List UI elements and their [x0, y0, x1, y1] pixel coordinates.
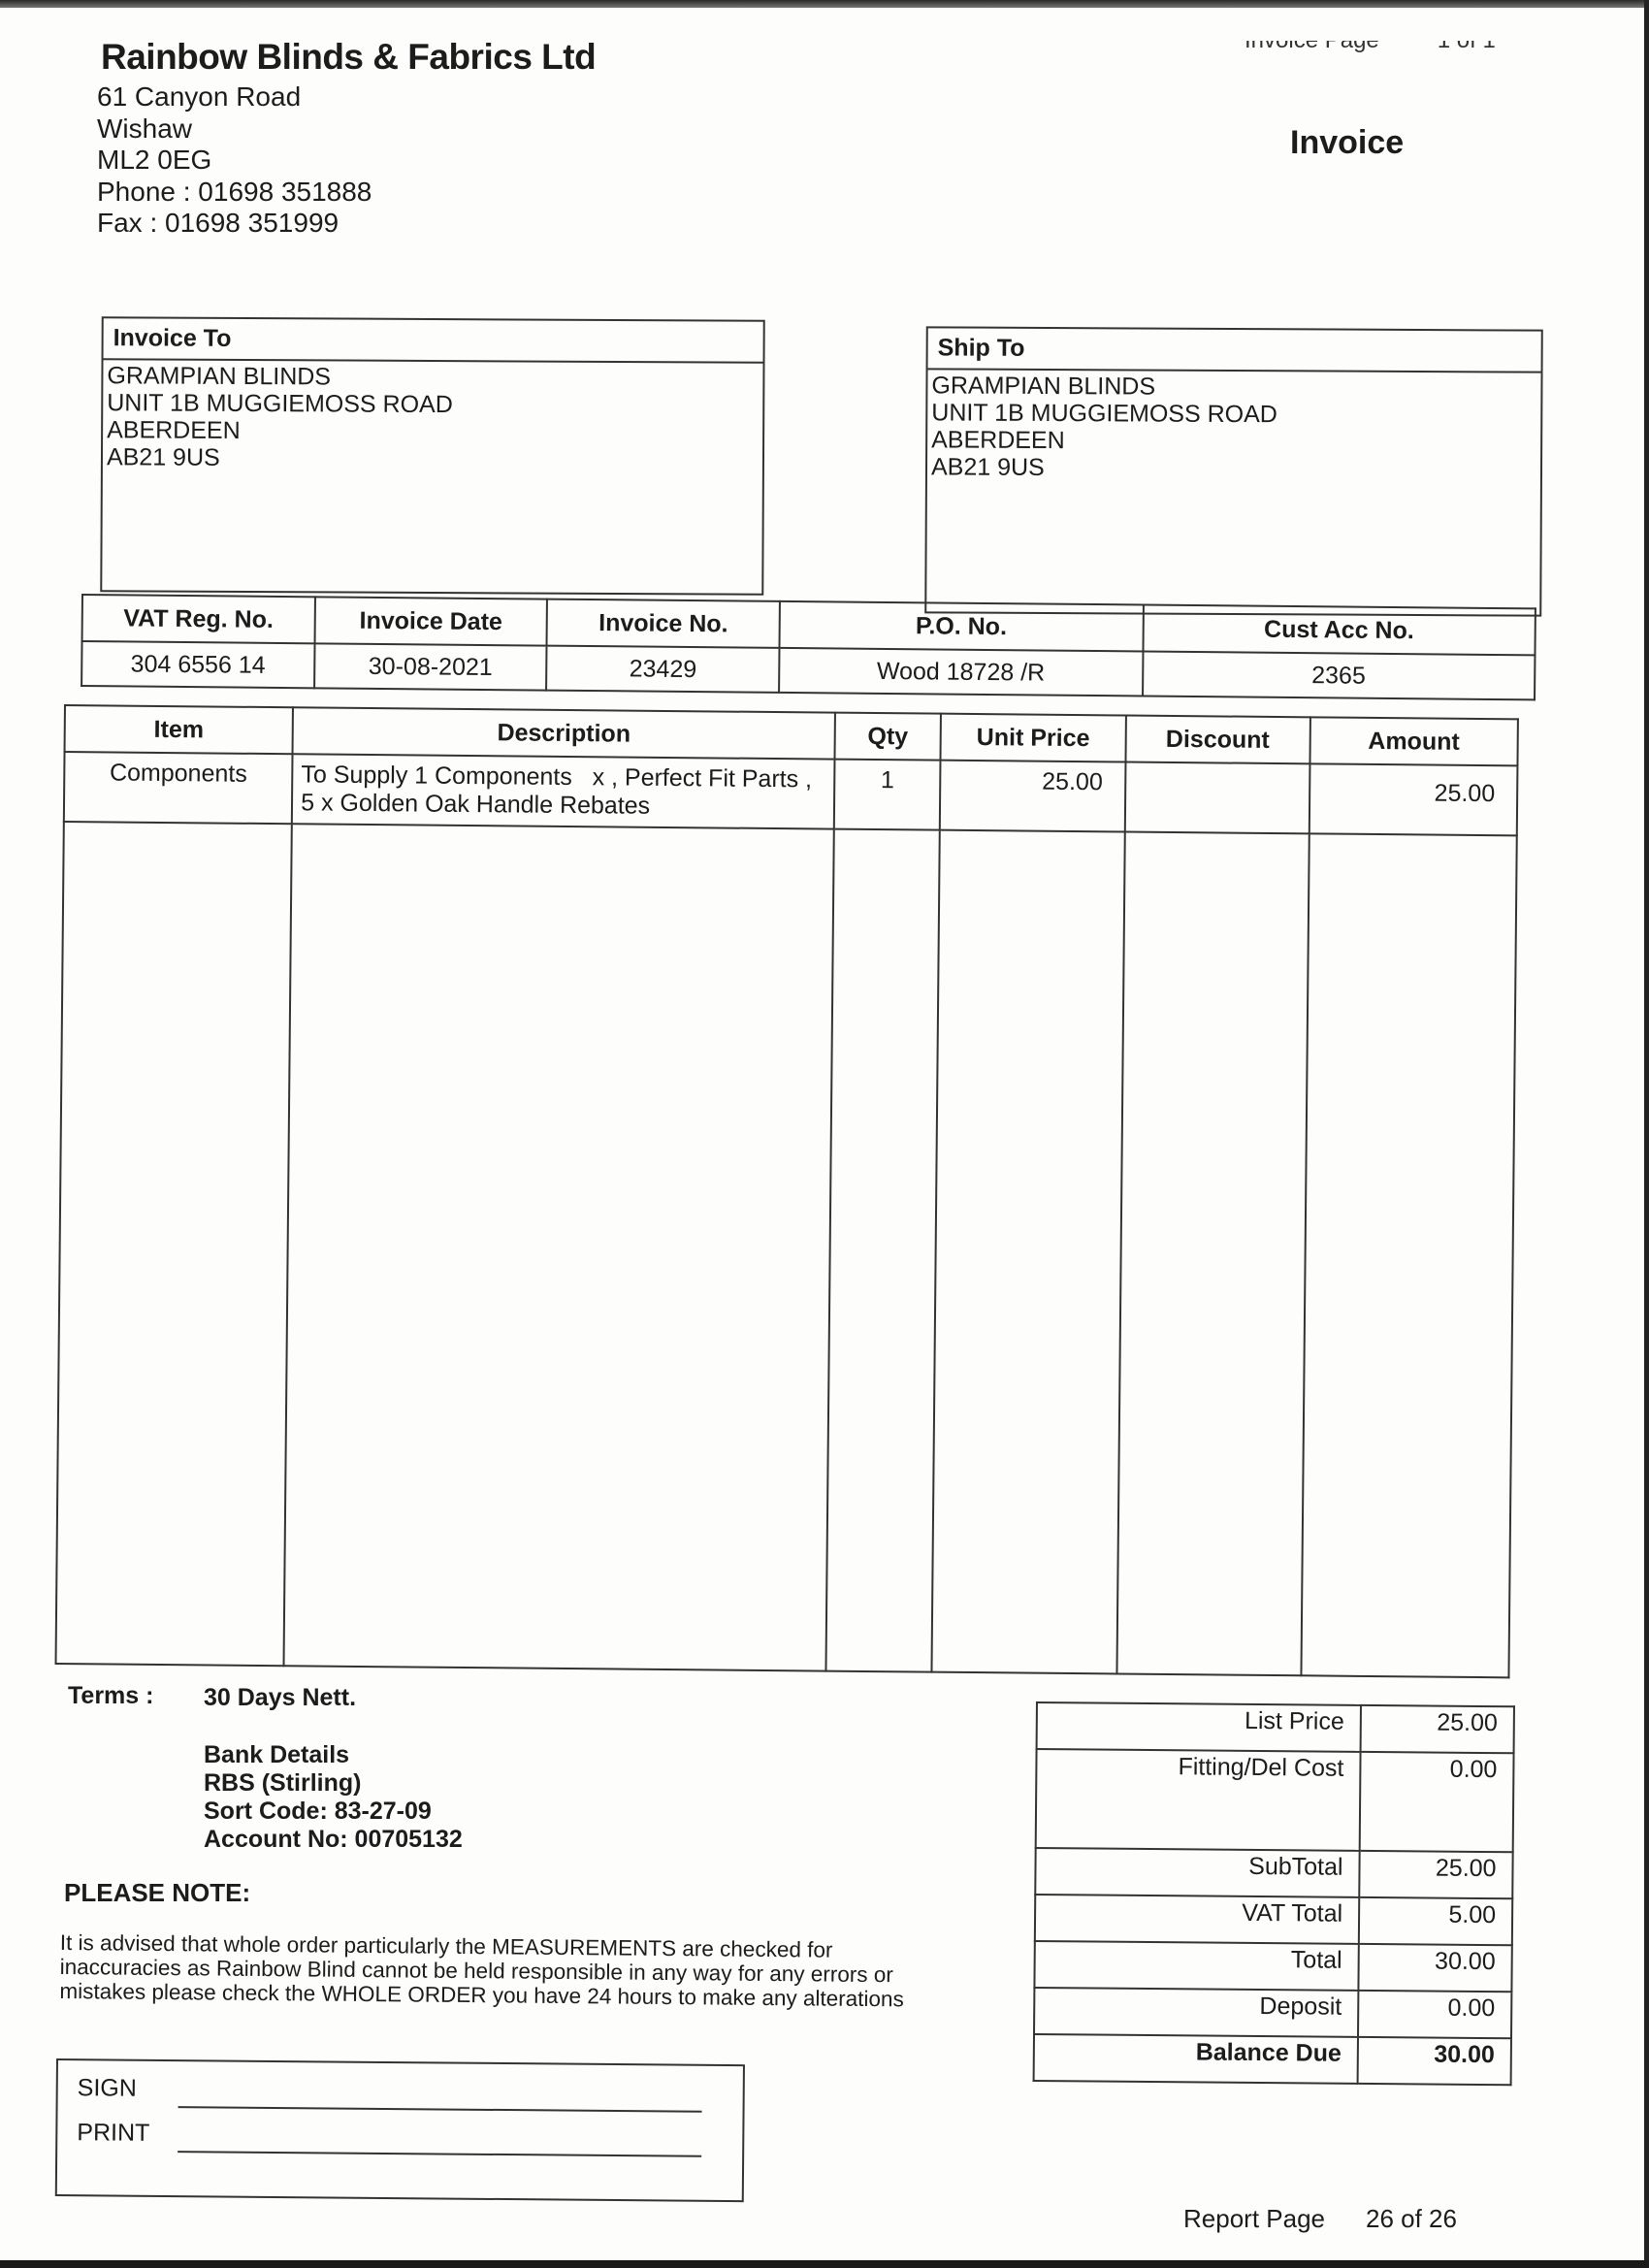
filler-cell — [1116, 832, 1309, 1676]
signature-box: SIGN PRINT — [55, 2058, 745, 2202]
filler-cell — [284, 824, 834, 1670]
ship-to-line: AB21 9US — [931, 453, 1536, 483]
item-description: To Supply 1 Components x , Perfect Fit P… — [292, 754, 834, 828]
please-note-title: PLEASE NOTE: — [64, 1878, 250, 1908]
ship-to-box: Ship To GRAMPIAN BLINDS UNIT 1B MUGGIEMO… — [924, 326, 1543, 616]
ship-to-line: GRAMPIAN BLINDS — [931, 372, 1536, 402]
report-page-indicator: Report Page26 of 26 — [1183, 2204, 1457, 2234]
table-filler-row — [56, 822, 1517, 1677]
header-description: Description — [293, 707, 835, 759]
vat-total-label: VAT Total — [1035, 1895, 1359, 1944]
deposit-value: 0.00 — [1358, 1991, 1511, 2038]
meta-header-invoice-no: Invoice No. — [547, 599, 780, 648]
company-town: Wishaw — [97, 113, 372, 146]
vat-reg-no: 304 6556 14 — [81, 641, 314, 688]
invoice-number: 23429 — [546, 646, 779, 693]
subtotal-value: 25.00 — [1359, 1851, 1512, 1898]
cust-acc-no: 2365 — [1143, 652, 1536, 700]
item-name: Components — [64, 752, 293, 824]
please-note-body: It is advised that whole order particula… — [59, 1930, 991, 2012]
report-page-label: Report Page — [1183, 2204, 1325, 2233]
invoice-page-label: Invoice Page — [1245, 27, 1379, 53]
sort-code: Sort Code: 83-27-09 — [204, 1798, 463, 1826]
totals-row-fitting: Fitting/Del Cost 0.00 — [1036, 1749, 1514, 1852]
company-name: Rainbow Blinds & Fabrics Ltd — [101, 37, 596, 78]
company-street: 61 Canyon Road — [97, 81, 372, 113]
terms-value: 30 Days Nett. — [204, 1684, 356, 1712]
totals-row-total: Total 30.00 — [1034, 1941, 1511, 1992]
sign-label: SIGN — [78, 2074, 137, 2103]
invoice-to-address: GRAMPIAN BLINDS UNIT 1B MUGGIEMOSS ROAD … — [103, 360, 763, 476]
bank-details: Bank Details RBS (Stirling) Sort Code: 8… — [204, 1741, 463, 1854]
ship-to-title: Ship To — [928, 328, 1541, 373]
terms-label: Terms : — [68, 1682, 153, 1710]
company-address: 61 Canyon Road Wishaw ML2 0EG Phone : 01… — [97, 81, 372, 240]
company-postcode: ML2 0EG — [97, 145, 372, 177]
total-value: 30.00 — [1358, 1944, 1511, 1992]
list-price-value: 25.00 — [1361, 1705, 1514, 1753]
invoice-to-line: AB21 9US — [107, 443, 759, 474]
totals-row-deposit: Deposit 0.00 — [1034, 1988, 1511, 2038]
invoice-to-title: Invoice To — [104, 318, 763, 364]
report-page-value: 26 of 26 — [1366, 2204, 1457, 2233]
filler-cell — [932, 830, 1125, 1674]
account-number: Account No: 00705132 — [204, 1826, 463, 1854]
scan-edge-bottom — [0, 2260, 1649, 2268]
balance-due-value: 30.00 — [1358, 2037, 1511, 2085]
filler-cell — [56, 822, 292, 1666]
list-price-label: List Price — [1037, 1702, 1361, 1752]
line-items-table: Item Description Qty Unit Price Discount… — [54, 704, 1518, 1678]
header-unit-price: Unit Price — [941, 714, 1126, 762]
header-discount: Discount — [1125, 716, 1310, 764]
totals-row-balance-due: Balance Due 30.00 — [1034, 2034, 1511, 2085]
total-label: Total — [1034, 1941, 1358, 1991]
totals-row-vat: VAT Total 5.00 — [1035, 1895, 1512, 1945]
document-type: Invoice — [1290, 124, 1404, 162]
bank-name: RBS (Stirling) — [204, 1769, 463, 1798]
totals-row-list-price: List Price 25.00 — [1037, 1702, 1514, 1753]
invoice-to-line: GRAMPIAN BLINDS — [107, 362, 759, 393]
header-qty: Qty — [834, 713, 941, 761]
invoice-date: 30-08-2021 — [314, 643, 547, 690]
fitting-value: 0.00 — [1360, 1752, 1514, 1852]
item-amount: 25.00 — [1309, 763, 1518, 835]
deposit-label: Deposit — [1034, 1988, 1358, 2037]
invoice-meta-table: VAT Reg. No. Invoice Date Invoice No. P.… — [81, 594, 1536, 700]
print-line[interactable] — [178, 2151, 701, 2157]
meta-header-vat: VAT Reg. No. — [82, 595, 315, 643]
ship-to-line: UNIT 1B MUGGIEMOSS ROAD — [931, 399, 1536, 429]
filler-cell — [825, 829, 940, 1672]
vat-total-value: 5.00 — [1359, 1897, 1512, 1945]
totals-row-subtotal: SubTotal 25.00 — [1035, 1848, 1512, 1898]
invoice-page-indicator: Invoice Page1 of 1 — [1245, 27, 1554, 54]
balance-due-label: Balance Due — [1034, 2034, 1358, 2084]
subtotal-label: SubTotal — [1035, 1848, 1359, 1897]
meta-header-cust-acc: Cust Acc No. — [1143, 605, 1536, 656]
meta-header-po: P.O. No. — [780, 601, 1144, 652]
scan-edge-right — [1644, 0, 1649, 2268]
header-item: Item — [65, 705, 294, 754]
sign-line[interactable] — [178, 2106, 702, 2113]
ship-to-line: ABERDEEN — [931, 426, 1536, 456]
item-qty: 1 — [834, 760, 941, 830]
invoice-to-line: ABERDEEN — [107, 416, 759, 447]
po-number: Wood 18728 /R — [779, 648, 1143, 697]
invoice-to-box: Invoice To GRAMPIAN BLINDS UNIT 1B MUGGI… — [100, 316, 764, 596]
company-fax: Fax : 01698 351999 — [97, 208, 372, 240]
ship-to-address: GRAMPIAN BLINDS UNIT 1B MUGGIEMOSS ROAD … — [927, 370, 1541, 485]
item-description-line: 5 x Golden Oak Handle Rebates — [301, 789, 825, 822]
invoice-to-line: UNIT 1B MUGGIEMOSS ROAD — [107, 389, 759, 420]
company-phone: Phone : 01698 351888 — [97, 177, 372, 209]
scan-edge-top — [0, 0, 1649, 8]
totals-table: List Price 25.00 Fitting/Del Cost 0.00 S… — [1033, 1701, 1515, 2086]
filler-cell — [1301, 833, 1517, 1677]
bank-details-title: Bank Details — [204, 1741, 463, 1769]
invoice-page-value: 1 of 1 — [1438, 27, 1496, 53]
header-amount: Amount — [1309, 717, 1518, 765]
item-unit-price: 25.00 — [940, 761, 1125, 832]
item-discount — [1124, 762, 1309, 834]
print-label: PRINT — [77, 2119, 149, 2148]
meta-header-date: Invoice Date — [314, 597, 547, 645]
fitting-label: Fitting/Del Cost — [1036, 1749, 1361, 1851]
